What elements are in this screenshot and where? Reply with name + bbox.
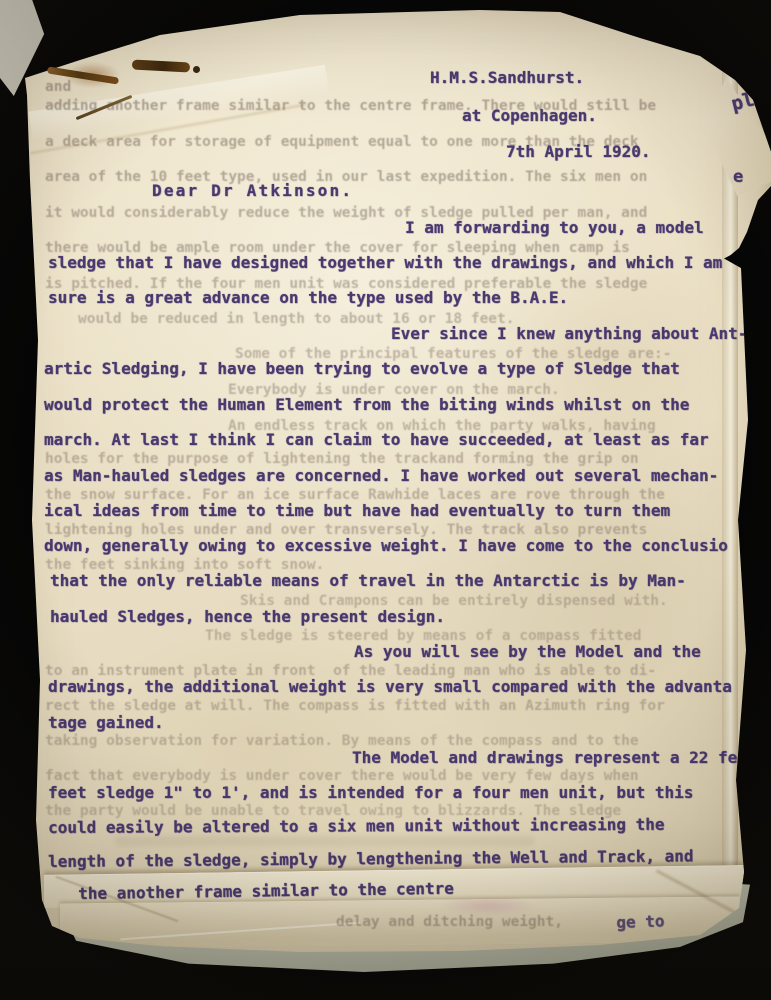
typed-line: drawings, the additional weight is very … (48, 677, 732, 696)
typed-line: 7th April 1920. (506, 142, 651, 161)
typed-line: The Model and drawings represent a 22 fe (352, 748, 737, 767)
typed-line: ical ideas from time to time but have ha… (44, 501, 670, 520)
typed-line: the another frame similar to the centre (78, 879, 454, 903)
rust-spot (193, 66, 200, 73)
typed-line: artic Sledging, I have been trying to ev… (44, 359, 680, 378)
typed-line: that the only reliable means of travel i… (50, 571, 686, 590)
typed-line: Ever since I knew anything about Ant- (391, 324, 747, 343)
letter-page: andadding another frame similar to the c… (0, 0, 771, 1000)
typed-line: e (733, 167, 743, 187)
typed-line: feet sledge 1" to 1', and is intended fo… (48, 783, 693, 802)
typed-line: pl (729, 88, 757, 115)
photo-of-typewritten-letter: andadding another frame similar to the c… (0, 0, 771, 1000)
typewritten-text-layer: H.M.S.Sandhurst.at Copenhagen.7th April … (0, 0, 771, 1000)
typed-line: As you will see by the Model and the (354, 642, 701, 661)
typed-line: march. At last I think I can claim to ha… (44, 430, 709, 449)
typed-line: as Man-hauled sledges are concerned. I h… (44, 466, 718, 485)
typed-line: ge to (616, 911, 665, 932)
typed-line: I am forwarding to you, a model (405, 218, 704, 237)
typed-line: hauled Sledges, hence the present design… (50, 607, 445, 626)
typed-line: H.M.S.Sandhurst. (430, 68, 584, 87)
typed-line: down, generally owing to excessive weigh… (44, 536, 728, 555)
typed-line: sure is a great advance on the type used… (48, 288, 568, 307)
typed-line: tage gained. (48, 713, 164, 732)
typed-line: could easily be altered to a six men uni… (48, 815, 665, 837)
typed-line: at Copenhagen. (462, 106, 597, 125)
typed-line: would protect the Human Element from the… (44, 395, 689, 414)
typed-line: Dear Dr Atkinson. (152, 181, 353, 200)
typed-line: length of the sledge, simply by lengthen… (48, 846, 694, 871)
typed-line: sledge that I have designed together wit… (48, 253, 722, 272)
